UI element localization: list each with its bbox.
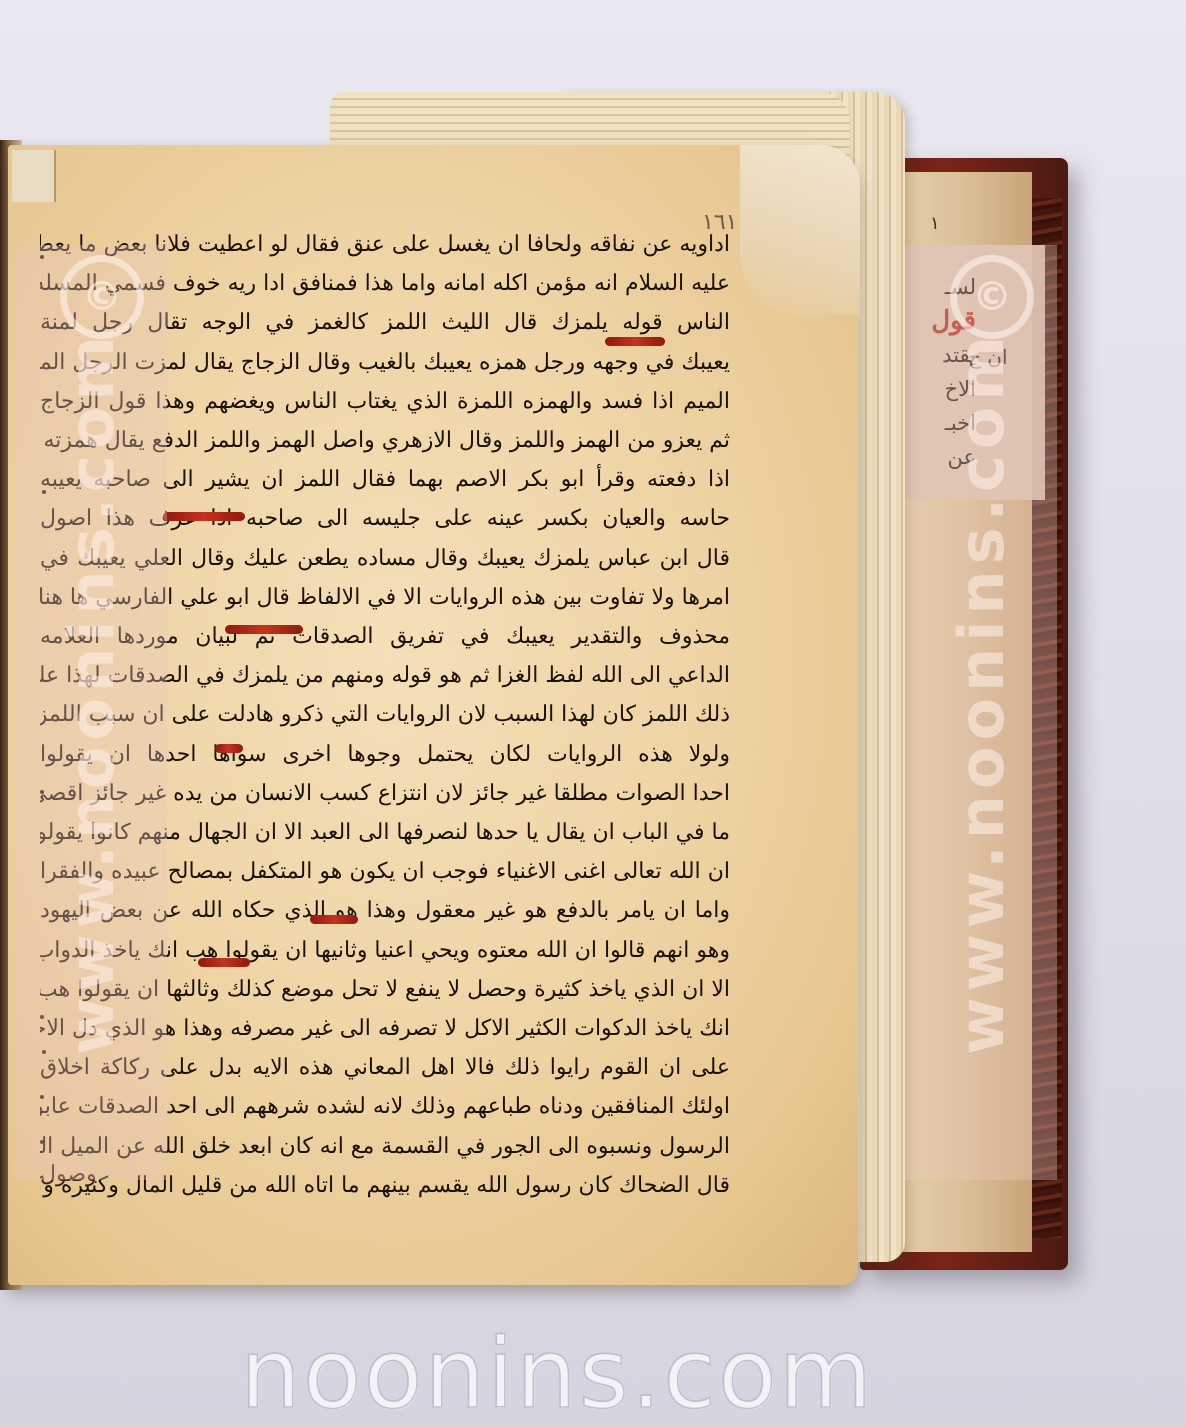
watermark-bottom: noonins.com bbox=[240, 1318, 860, 1427]
rubric-stroke bbox=[215, 744, 243, 753]
right-page-number: ١ bbox=[930, 213, 940, 234]
repair-patch bbox=[12, 150, 56, 202]
rubric-stroke bbox=[225, 625, 303, 634]
manuscript-photo: ١ ان ح لسـ قول يقتد الاخ اخبـ عن ١٦١ ادا… bbox=[0, 0, 1186, 1427]
rubric-stroke bbox=[198, 958, 250, 967]
watermark-vertical-left: www.noonins.com bbox=[55, 330, 128, 1055]
copyright-icon: © bbox=[60, 255, 144, 339]
rubric-stroke bbox=[163, 512, 245, 521]
rubric-stroke bbox=[310, 915, 358, 924]
copyright-icon: © bbox=[950, 255, 1034, 339]
watermark-vertical-right: www.noonins.com bbox=[945, 330, 1018, 1055]
page-corner-fold bbox=[740, 145, 860, 315]
rubric-stroke bbox=[605, 337, 665, 346]
